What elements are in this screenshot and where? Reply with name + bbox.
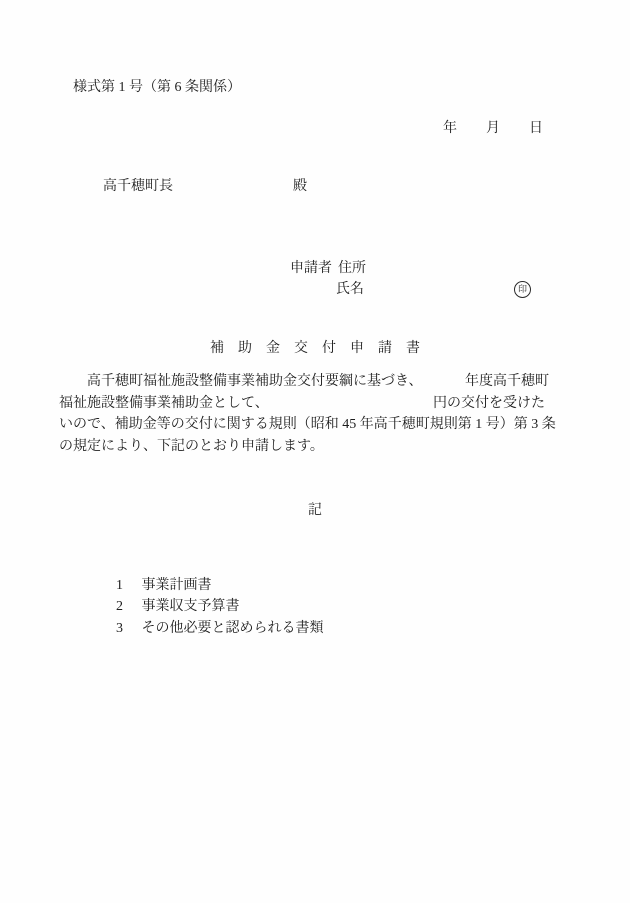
body-line-2: 福祉施設整備事業補助金として、 円の交付を受けた [59, 393, 574, 415]
applicant-name-row: 氏名 印 [290, 279, 590, 300]
form-number: 様式第 1 号（第 6 条関係） [73, 77, 241, 98]
body-line-2-after-blank: 円の交付を受けた [433, 393, 545, 414]
body-line-1-text: 高千穂町福祉施設整備事業補助金交付要綱に基づき、 [87, 374, 422, 389]
date-day-label: 日 [529, 118, 543, 139]
date-year-label: 年 [443, 118, 457, 139]
date-line: 年 月 日 [443, 118, 563, 139]
body-line-3: いので、補助金等の交付に関する規則（昭和 45 年高千穂町規則第 1 号）第 3… [59, 414, 574, 436]
body-line-4: の規定により、下記のとおり申請します。 [59, 436, 574, 458]
list-item: 3 その他必要と認められる書類 [116, 618, 324, 639]
body-paragraph: 高千穂町福祉施設整備事業補助金交付要綱に基づき、 年度高千穂町 福祉施設整備事業… [59, 371, 574, 457]
list-item-number: 3 [116, 618, 138, 639]
body-line-1: 高千穂町福祉施設整備事業補助金交付要綱に基づき、 年度高千穂町 [59, 371, 574, 393]
applicant-block: 申請者 住所 氏名 印 [290, 258, 590, 300]
record-heading: 記 [0, 500, 630, 521]
application-form-page: 様式第 1 号（第 6 条関係） 年 月 日 高千穂町長 殿 申請者 住所 氏名… [0, 0, 630, 903]
document-title: 補 助 金 交 付 申 請 書 [0, 338, 630, 359]
addressee-honorific: 殿 [293, 176, 307, 197]
attachments-list: 1 事業計画書 2 事業収支予算書 3 その他必要と認められる書類 [116, 575, 324, 639]
addressee-line: 高千穂町長 殿 [103, 176, 503, 197]
list-item-label: 事業計画書 [142, 578, 212, 593]
list-item-label: その他必要と認められる書類 [142, 621, 324, 636]
list-item-label: 事業収支予算書 [142, 599, 240, 614]
body-line-1-after-blank: 年度高千穂町 [465, 371, 549, 392]
list-item: 2 事業収支予算書 [116, 596, 324, 617]
applicant-label: 申請者 [290, 261, 332, 276]
list-item-number: 2 [116, 596, 138, 617]
date-month-label: 月 [486, 118, 500, 139]
list-item-number: 1 [116, 575, 138, 596]
seal-icon: 印 [514, 281, 531, 298]
applicant-name-label: 氏名 [336, 279, 364, 300]
addressee-name: 高千穂町長 [103, 179, 173, 194]
list-item: 1 事業計画書 [116, 575, 324, 596]
applicant-address-label: 住所 [338, 258, 366, 279]
body-line-2-text: 福祉施設整備事業補助金として、 [59, 396, 269, 411]
applicant-address-row: 申請者 住所 [290, 258, 590, 279]
